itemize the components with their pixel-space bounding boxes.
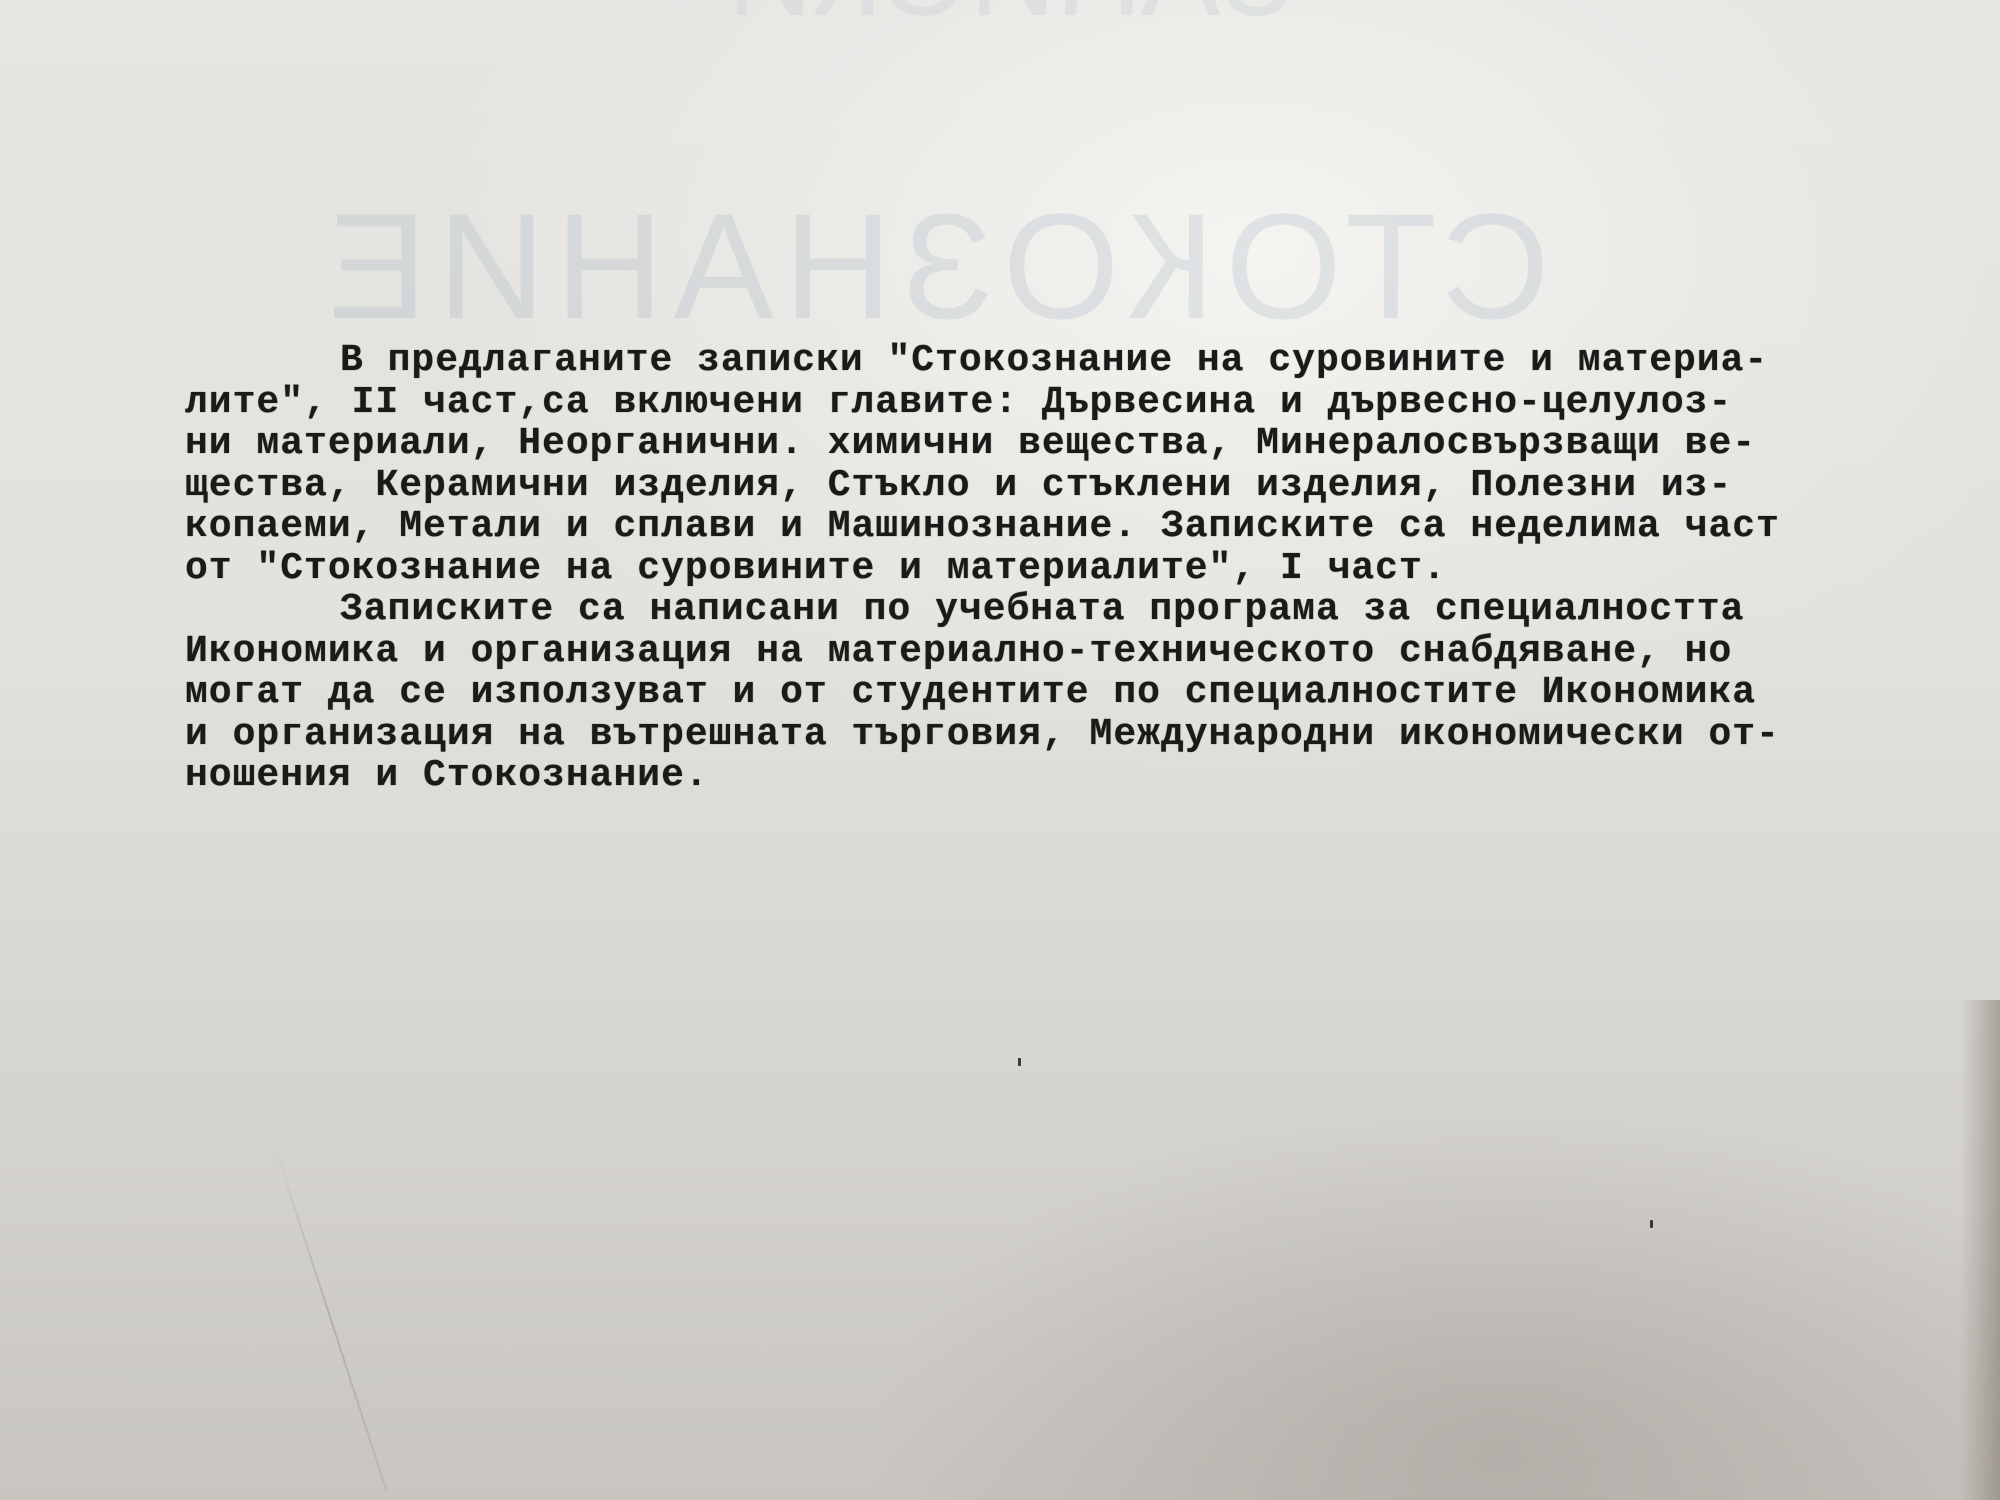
paragraph-2: Записките са написани по учебната програ… bbox=[185, 589, 1965, 797]
bleed-through-title: СТОКОЗНАНИЕ bbox=[470, 180, 1550, 353]
text-line: и организация на вътрешната търговия, Ме… bbox=[185, 714, 1965, 756]
text-line: Записките са написани по учебната програ… bbox=[185, 589, 1965, 631]
ink-speck bbox=[1650, 1220, 1653, 1228]
text-line: Икономика и организация на материално-те… bbox=[185, 631, 1965, 673]
text-line: копаеми, Метали и сплави и Машинознание.… bbox=[185, 506, 1965, 548]
text-line: могат да се използуват и от студентите п… bbox=[185, 672, 1965, 714]
typewritten-text: В предлаганите записки "Стокознание на с… bbox=[185, 340, 1965, 797]
ink-speck bbox=[1018, 1058, 1021, 1066]
bleed-through-top-text: ЗАПИСКИ bbox=[470, 0, 1550, 43]
text-line: лите", II част,са включени главите: Дърв… bbox=[185, 382, 1965, 424]
text-line: щества, Керамични изделия, Стъкло и стък… bbox=[185, 465, 1965, 507]
text-line: ношения и Стокознание. bbox=[185, 755, 1965, 797]
text-line: ни материали, Неорганични. химични вещес… bbox=[185, 423, 1965, 465]
text-line: от "Стокознание на суровините и материал… bbox=[185, 548, 1965, 590]
text-line: В предлаганите записки "Стокознание на с… bbox=[185, 340, 1965, 382]
paragraph-1: В предлаганите записки "Стокознание на с… bbox=[185, 340, 1965, 589]
page-edge-shadow bbox=[1960, 1000, 2000, 1500]
